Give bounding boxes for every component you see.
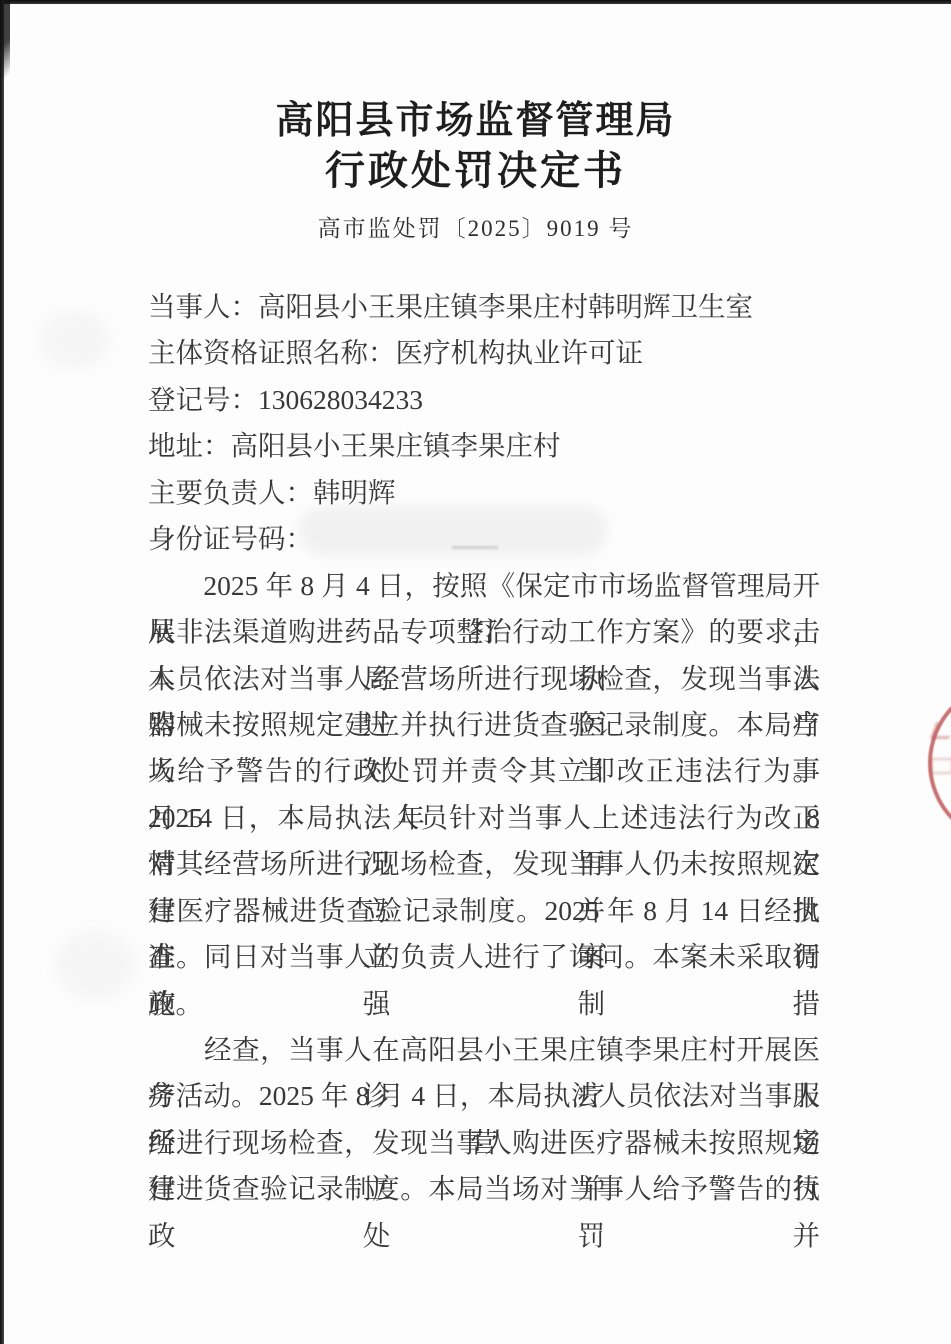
text-line: 月 14 日，本局执法人员针对当事人上述违法行为改正情况再次 xyxy=(148,795,820,841)
text-line: 对其经营场所进行现场检查，发现当事人仍未按照规定建立并执 xyxy=(148,841,820,887)
text-line: 行进货查验记录制度。本局当场对当事人给予警告的行政处罚并 xyxy=(148,1166,820,1212)
text-line: 人员依法对当事人经营场所进行现场检查，发现当事人购进医疗 xyxy=(148,656,820,702)
scan-edge-top xyxy=(0,0,951,4)
agency-title: 高阳县市场监督管理局 xyxy=(0,96,951,146)
document-header: 高阳县市场监督管理局 行政处罚决定书 高市监处罚〔2025〕9019 号 xyxy=(0,96,951,243)
text-line: 所进行现场检查，发现当事人购进医疗器械未按照规定建立并执 xyxy=(148,1120,820,1166)
redacted-id-dash xyxy=(452,546,498,549)
text-line: 从非法渠道购进药品专项整治行动工作方案》的要求，本局执法 xyxy=(148,609,820,655)
text-line: 查。同日对当事人的负责人进行了询问。本案未采取行政强制措 xyxy=(148,934,820,980)
text-line: 当事人：高阳县小王果庄镇李果庄村韩明辉卫生室 xyxy=(148,284,820,330)
text-line: 人给予警告的行政处罚并责令其立即改正违法行为。2025 年 8 xyxy=(148,748,820,794)
document-number: 高市监处罚〔2025〕9019 号 xyxy=(0,210,951,243)
document-title: 行政处罚决定书 xyxy=(0,146,951,196)
text-line: 登记号：130628034233 xyxy=(148,377,820,423)
text-line: 器械未按照规定建立并执行进货查验记录制度。本局当场对当事 xyxy=(148,702,820,748)
body-lines: 当事人：高阳县小王果庄镇李果庄村韩明辉卫生室主体资格证照名称：医疗机构执业许可证… xyxy=(148,284,820,1213)
scan-edge-corner xyxy=(0,0,10,110)
document-page: 高阳县市场监督管理局 行政处罚决定书 高市监处罚〔2025〕9019 号 当事人… xyxy=(0,0,951,1344)
text-line: 务活动。2025 年 8 月 4 日，本局执法人员依法对当事人经营场 xyxy=(148,1073,820,1119)
text-line: 主体资格证照名称：医疗机构执业许可证 xyxy=(148,330,820,376)
text-line: 地址：高阳县小王果庄镇李果庄村 xyxy=(148,423,820,469)
seal-inner-mark-icon xyxy=(930,722,951,739)
text-line: 经查，当事人在高阳县小王果庄镇李果庄村开展医疗诊疗服 xyxy=(148,1027,820,1073)
text-line: 行医疗器械进货查验记录制度。2025 年 8 月 14 日经批准立案调 xyxy=(148,888,820,934)
seal-inner-mark-icon xyxy=(931,758,951,774)
scan-smudge xyxy=(55,930,135,1000)
text-line: 2025 年 8 月 4 日，按照《保定市市场监督管理局开展打击 xyxy=(148,563,820,609)
scan-smudge xyxy=(40,310,110,370)
